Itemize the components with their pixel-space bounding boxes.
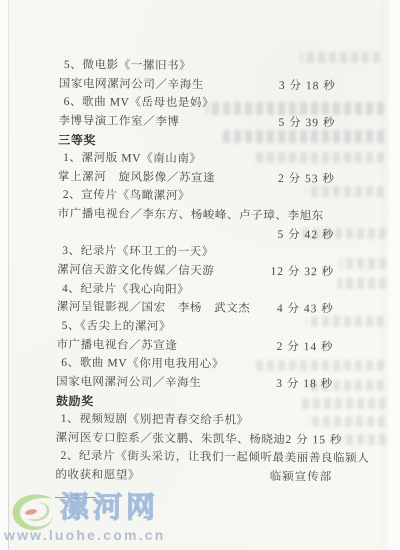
line-text: 漯河医专口腔系／张文鹏、朱凯华、杨晓迪: [56, 429, 286, 450]
line-text: 4、纪录片《我心向阳》: [57, 280, 190, 300]
line-text: 的收获和愿望》: [55, 466, 140, 485]
line-duration: 2 分 14 秒: [277, 338, 357, 357]
line-text: 市广播电视台／李东方、杨峻峰、卢子璋、李旭东: [58, 205, 324, 226]
scanned-page: 5、微电影《一摞旧书》国家电网漯河公司／辛海生3 分 18 秒6、歌曲 MV《岳…: [0, 0, 400, 550]
line-text: 漯河呈锟影视／国宏 李杨 武文杰: [57, 298, 251, 318]
doc-line: 国家电网漯河公司／辛海生3 分 18 秒: [56, 373, 356, 394]
line-text: 6、歌曲 MV《岳母也是妈》: [59, 93, 215, 113]
watermark-url: www.luohe.com.cn: [4, 527, 165, 543]
scan-edge-right-strip: [389, 0, 400, 550]
luohe-logo-swirl-icon: [8, 491, 58, 535]
line-text: 国家电网漯河公司／辛海生: [59, 75, 204, 95]
page-number: — 4 —: [55, 488, 355, 509]
line-text: 6、歌曲 MV《你用电我用心》: [56, 354, 224, 374]
line-duration: 4 分 43 秒: [277, 300, 357, 319]
line-duration: 3 分 18 秒: [279, 77, 359, 96]
scan-edge-left-strip: [0, 0, 8, 550]
document-body: 5、微电影《一摞旧书》国家电网漯河公司／辛海生3 分 18 秒6、歌曲 MV《岳…: [55, 56, 359, 508]
line-text: 国家电网漯河公司／辛海生: [56, 373, 201, 393]
line-text: 3、纪录片《环卫工的一天》: [57, 242, 214, 262]
line-duration: 12 分 32 秒: [270, 263, 357, 282]
scan-edge-right-line: [386, 0, 388, 550]
doc-line: 李博导演工作室／李博5 分 39 秒: [58, 112, 358, 133]
doc-line: 市广播电视台／李东方、杨峻峰、卢子璋、李旭东: [58, 205, 358, 226]
line-duration: 5 分 42 秒: [277, 226, 357, 245]
line-text: 5、《舌尖上的漯河》: [57, 317, 172, 337]
line-text: 李博导演工作室／李博: [58, 112, 179, 132]
line-text: 1、视频短剧《别把青春交给手机》: [56, 410, 249, 430]
line-text: 2、宣传片《鸟瞰漯河》: [58, 186, 191, 206]
line-text: 掌上漯河 旋风影像／苏宣逢: [58, 168, 215, 188]
line-text: 1、漯河版 MV《南山南》: [58, 149, 202, 169]
line-text: 5、微电影《一摞旧书》: [59, 56, 192, 76]
doc-line: 的收获和愿望》临颍宣传部: [55, 466, 355, 487]
line-text: 鼓励奖: [56, 392, 94, 411]
line-text: 三等奖: [58, 131, 96, 150]
line-duration: 5 分 39 秒: [278, 114, 358, 133]
scan-edge-left-line: [8, 0, 9, 550]
line-duration: 3 分 18 秒: [276, 375, 356, 394]
line-duration: 2 分 15 秒: [285, 431, 365, 450]
line-text: 市广播电视台／苏宣逢: [56, 336, 177, 356]
line-duration: 2 分 53 秒: [278, 170, 358, 189]
line-duration: 临颍宣传部: [270, 468, 356, 487]
line-text: 漯河信天游文化传媒／信天游: [57, 261, 214, 281]
